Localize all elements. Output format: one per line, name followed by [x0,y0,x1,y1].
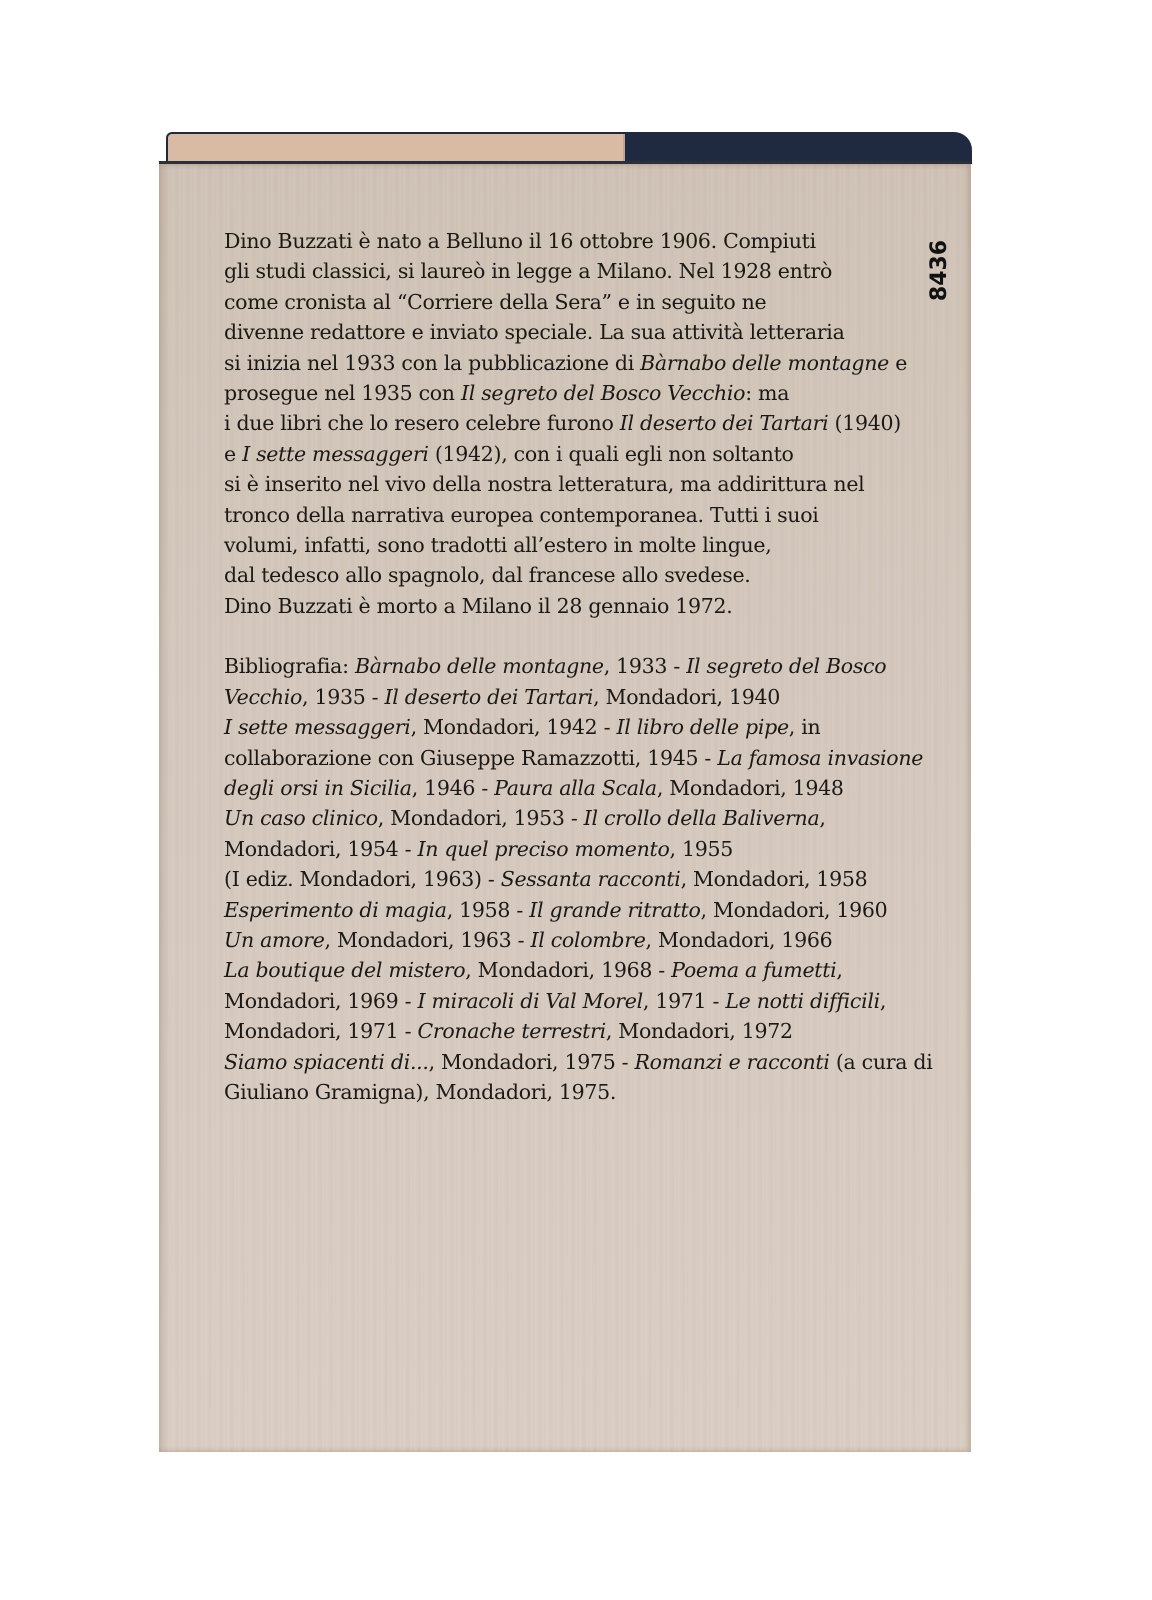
text-segment: Mondadori, 1969 - [224,989,417,1013]
biography-paragraph: Dino Buzzati è nato a Belluno il 16 otto… [224,226,924,621]
bibliography-line: Un amore, Mondadori, 1963 - Il colombre,… [224,925,924,955]
text-segment: , [836,958,842,982]
text-segment: , 1958 - [447,898,529,922]
bibliography-line: La boutique del mistero, Mondadori, 1968… [224,955,924,985]
book-title-text: Il crollo della Baliverna [584,806,820,830]
bibliography-line: (I ediz. Mondadori, 1963) - Sessanta rac… [224,864,924,894]
book-title-text: Il deserto dei Tartari [385,685,594,709]
text-segment: Dino Buzzati è morto a Milano il 28 genn… [224,594,732,618]
book-title-text: Siamo spiacenti di... [224,1050,429,1074]
text-segment: , Mondadori, 1975 - [429,1050,635,1074]
text-segment: , Mondadori, 1972 [606,1019,793,1043]
text-segment: , Mondadori, 1966 [646,928,833,952]
book-title-text: La famosa invasione [717,746,923,770]
text-segment: gli studi classici, si laureò in legge a… [224,259,832,283]
book-title-text: I sette messaggeri [242,442,429,466]
biography-line: Dino Buzzati è nato a Belluno il 16 otto… [224,226,924,256]
book-title-text: Il colombre [530,928,645,952]
text-segment: e [224,442,242,466]
book-title-text: Un amore [224,928,325,952]
text-segment: tronco della narrativa europea contempor… [224,503,819,527]
biography-line: divenne redattore e inviato speciale. La… [224,317,924,347]
text-segment: si è inserito nel vivo della nostra lett… [224,472,864,496]
text-segment: , Mondadori, 1958 [681,867,868,891]
bibliography-line: Siamo spiacenti di..., Mondadori, 1975 -… [224,1047,924,1077]
text-segment: , 1935 - [302,685,384,709]
biography-line: prosegue nel 1935 con Il segreto del Bos… [224,378,924,408]
text-segment: , Mondadori, 1953 - [378,806,584,830]
book-title-text: Il grande ritratto [529,898,700,922]
text-segment: , Mondadori, 1968 - [465,958,671,982]
text-segment: come cronista al “Corriere della Sera” e… [224,290,766,314]
paragraph-gap [224,621,924,651]
text-segment: , 1955 [670,837,733,861]
book-title-text: degli orsi in Sicilia [224,776,412,800]
biography-line: si inizia nel 1933 con la pubblicazione … [224,348,924,378]
biography-line: i due libri che lo resero celebre furono… [224,408,924,438]
text-segment: (a cura di [830,1050,933,1074]
book-title-text: Sessanta racconti [501,867,681,891]
catalog-number: 8436 [925,230,955,310]
text-segment: (I ediz. Mondadori, 1963) - [224,867,501,891]
bibliography-line: Esperimento di magia, 1958 - Il grande r… [224,895,924,925]
text-segment: , [880,989,886,1013]
text-segment: Dino Buzzati è nato a Belluno il 16 otto… [224,229,816,253]
book-title-text: Esperimento di magia [224,898,447,922]
text-segment: , Mondadori, 1948 [657,776,844,800]
bibliography-line: Mondadori, 1969 - I miracoli di Val More… [224,986,924,1016]
biography-line: e I sette messaggeri (1942), con i quali… [224,439,924,469]
book-title-text: Le notti difficili [725,989,880,1013]
book-title-text: I sette messaggeri [224,715,411,739]
cover-text: Dino Buzzati è nato a Belluno il 16 otto… [224,226,924,1107]
text-segment: si inizia nel 1933 con la pubblicazione … [224,351,640,375]
text-segment: collaborazione con Giuseppe Ramazzotti, … [224,746,717,770]
bibliography-line: Un caso clinico, Mondadori, 1953 - Il cr… [224,803,924,833]
bibliography-line: collaborazione con Giuseppe Ramazzotti, … [224,743,924,773]
catalog-number-text: 8436 [928,239,953,300]
text-segment: Mondadori, 1954 - [224,837,417,861]
book-title-text: La boutique del mistero [224,958,465,982]
text-segment: i due libri che lo resero celebre furono [224,411,620,435]
biography-line: tronco della narrativa europea contempor… [224,500,924,530]
biography-line: come cronista al “Corriere della Sera” e… [224,287,924,317]
book-title-text: I miracoli di Val Morel [417,989,642,1013]
text-segment: , Mondadori, 1963 - [325,928,531,952]
book-title-text: Il segreto del Bosco Vecchio [461,381,745,405]
text-segment: dal tedesco allo spagnolo, dal francese … [224,563,751,587]
text-segment: (1940) [828,411,901,435]
book-title-text: Il segreto del Bosco [686,654,886,678]
bibliography-line: degli orsi in Sicilia, 1946 - Paura alla… [224,773,924,803]
bibliography-line: Bibliografia: Bàrnabo delle montagne, 19… [224,651,924,681]
book-title-text: Bàrnabo delle montagne [355,654,604,678]
biography-line: volumi, infatti, sono tradotti all’ester… [224,530,924,560]
text-segment: (1942), con i quali egli non soltanto [429,442,794,466]
book-title-text: Il libro delle pipe [616,715,788,739]
bibliography-paragraph: Bibliografia: Bàrnabo delle montagne, 19… [224,651,924,1107]
book-flap-edge [168,134,625,162]
book-title-text: Il deserto dei Tartari [620,411,829,435]
text-segment: , 1933 - [604,654,686,678]
text-segment: , 1946 - [412,776,494,800]
book-title-text: In quel preciso momento [417,837,669,861]
text-segment: , Mondadori, 1940 [593,685,780,709]
text-segment: prosegue nel 1935 con [224,381,461,405]
text-segment: , Mondadori, 1942 - [411,715,617,739]
biography-line: Dino Buzzati è morto a Milano il 28 genn… [224,591,924,621]
book-title-text: Poema a fumetti [671,958,836,982]
text-segment: divenne redattore e inviato speciale. La… [224,320,845,344]
text-segment: Bibliografia: [224,654,355,678]
biography-line: si è inserito nel vivo della nostra lett… [224,469,924,499]
book-title-text: Vecchio [224,685,302,709]
bibliography-line: Vecchio, 1935 - Il deserto dei Tartari, … [224,682,924,712]
biography-line: gli studi classici, si laureò in legge a… [224,256,924,286]
text-segment: , 1971 - [643,989,725,1013]
bibliography-line: I sette messaggeri, Mondadori, 1942 - Il… [224,712,924,742]
book-title-text: Cronache terrestri [417,1019,605,1043]
back-cover: Dino Buzzati è nato a Belluno il 16 otto… [159,161,971,1452]
bibliography-line: Mondadori, 1954 - In quel preciso moment… [224,834,924,864]
text-segment: Mondadori, 1971 - [224,1019,417,1043]
text-segment: e [889,351,907,375]
book-title-text: Bàrnabo delle montagne [640,351,889,375]
book-title-text: Romanzi e racconti [635,1050,830,1074]
text-segment: , Mondadori, 1960 [701,898,888,922]
bibliography-line: Giuliano Gramigna), Mondadori, 1975. [224,1077,924,1107]
text-segment: , in [789,715,821,739]
book-title-text: Un caso clinico [224,806,378,830]
text-segment: : ma [745,381,789,405]
text-segment: Giuliano Gramigna), Mondadori, 1975. [224,1080,616,1104]
text-segment: volumi, infatti, sono tradotti all’ester… [224,533,771,557]
book-title-text: Paura alla Scala [494,776,657,800]
bibliography-line: Mondadori, 1971 - Cronache terrestri, Mo… [224,1016,924,1046]
biography-line: dal tedesco allo spagnolo, dal francese … [224,560,924,590]
text-segment: , [819,806,825,830]
